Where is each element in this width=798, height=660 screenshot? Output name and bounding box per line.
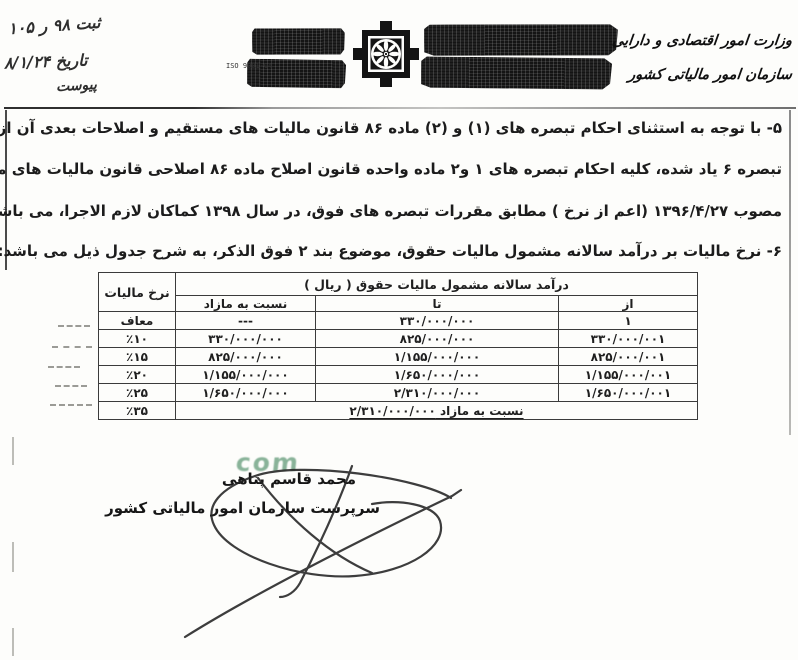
pen-dash-mark — [50, 404, 92, 406]
cell-from: ۳۳۰/۰۰۰/۰۰۱ — [559, 330, 698, 348]
paragraph-5-line-2: تبصره ۶ یاد شده، کلیه احکام تبصره های ۱ … — [18, 157, 782, 182]
letterhead-org-names: وزارت امور اقتصادی و دارایی سازمان امور … — [612, 24, 792, 92]
paragraph-5-line-3: مصوب ۱۳۹۶/۴/۲۷ (اعم از نرخ ) مطابق مقررا… — [18, 199, 782, 224]
handwritten-date: تاریخ ۸/۱/۲۴ — [4, 51, 88, 73]
cell-rate: ٪۲۵ — [99, 384, 176, 402]
cell-to: ۱/۶۵۰/۰۰۰/۰۰۰ — [316, 366, 559, 384]
cell-to: ۳۳۰/۰۰۰/۰۰۰ — [316, 312, 559, 330]
handwritten-attachment-note: پیوست — [56, 77, 98, 95]
signer-name: محمد قاسم پناهی — [214, 470, 364, 488]
cell-excess: ۳۳۰/۰۰۰/۰۰۰ — [176, 330, 316, 348]
table-row: ۳۳۰/۰۰۰/۰۰۱ ۸۲۵/۰۰۰/۰۰۰ ۳۳۰/۰۰۰/۰۰۰ ٪۱۰ — [99, 330, 698, 348]
cell-from: ۱/۱۵۵/۰۰۰/۰۰۱ — [559, 366, 698, 384]
organization-name: سازمان امور مالیاتی کشور — [610, 58, 794, 92]
col-header-from: از — [559, 296, 698, 312]
page-border-fragment — [12, 542, 14, 572]
handwritten-registry-number: ثبت ۹۸ ر ۱۰۵ — [7, 13, 101, 38]
redaction-bar-right-bottom — [421, 57, 612, 90]
table-row: ۱/۶۵۰/۰۰۰/۰۰۱ ۲/۳۱۰/۰۰۰/۰۰۰ ۱/۶۵۰/۰۰۰/۰۰… — [99, 384, 698, 402]
pen-dash-mark — [55, 385, 87, 387]
paragraph-6-text: ۶- نرخ مالیات بر درآمد سالانه مشمول مالی… — [0, 242, 782, 260]
redaction-bar-left-top — [252, 28, 345, 56]
table-row: ۸۲۵/۰۰۰/۰۰۱ ۱/۱۵۵/۰۰۰/۰۰۰ ۸۲۵/۰۰۰/۰۰۰ ٪۱… — [99, 348, 698, 366]
cell-excess: ۱/۱۵۵/۰۰۰/۰۰۰ — [176, 366, 316, 384]
cell-from: ۱ — [559, 312, 698, 330]
pen-dash-mark — [58, 325, 90, 327]
cell-excess: ۱/۶۵۰/۰۰۰/۰۰۰ — [176, 384, 316, 402]
cell-excess: ۸۲۵/۰۰۰/۰۰۰ — [176, 348, 316, 366]
cell-from: ۸۲۵/۰۰۰/۰۰۱ — [559, 348, 698, 366]
table-income-header: درآمد سالانه مشمول مالیات حقوق ( ریال ) — [176, 273, 698, 296]
paragraph-5-line-1: ۵- با توجه به استثنای احکام تبصره های (۱… — [18, 116, 782, 141]
cell-top-bracket-label: نسبت به مازاد ۲/۳۱۰/۰۰۰/۰۰۰ — [176, 402, 698, 420]
page-border-fragment — [12, 437, 14, 465]
scanned-tax-letter: ثبت ۹۸ ر ۱۰۵ تاریخ ۸/۱/۲۴ پیوست ISO 9001… — [0, 0, 798, 660]
cell-rate: ٪۱۰ — [99, 330, 176, 348]
table-row: ۱/۱۵۵/۰۰۰/۰۰۱ ۱/۶۵۰/۰۰۰/۰۰۰ ۱/۱۵۵/۰۰۰/۰۰… — [99, 366, 698, 384]
cell-excess: --- — [176, 312, 316, 330]
signer-title: سرپرست سازمان امور مالیاتی کشور — [130, 499, 380, 517]
tax-brackets-table: درآمد سالانه مشمول مالیات حقوق ( ریال ) … — [98, 272, 698, 420]
table-rate-header: نرخ مالیات — [99, 273, 176, 312]
ministry-name: وزارت امور اقتصادی و دارایی — [610, 24, 794, 58]
cell-rate: ٪۳۵ — [99, 402, 176, 420]
cell-to: ۸۲۵/۰۰۰/۰۰۰ — [316, 330, 559, 348]
cell-from: ۱/۶۵۰/۰۰۰/۰۰۱ — [559, 384, 698, 402]
pen-dash-mark — [48, 366, 80, 368]
cell-to: ۲/۳۱۰/۰۰۰/۰۰۰ — [316, 384, 559, 402]
cell-rate: ٪۲۰ — [99, 366, 176, 384]
redaction-bar-right-top — [424, 23, 618, 56]
col-header-to: تا — [316, 296, 559, 312]
page-border-fragment — [12, 628, 14, 656]
cell-to: ۱/۱۵۵/۰۰۰/۰۰۰ — [316, 348, 559, 366]
paragraph-6-line: ۶- نرخ مالیات بر درآمد سالانه مشمول مالی… — [18, 239, 782, 267]
iso-certification-label: ISO 9001-04 — [226, 62, 272, 70]
pen-dash-mark — [52, 346, 92, 348]
header-divider-line — [4, 107, 796, 109]
cell-rate: ٪۱۵ — [99, 348, 176, 366]
cell-rate: معاف — [99, 312, 176, 330]
col-header-excess: نسبت به مازاد — [176, 296, 316, 312]
tax-organization-emblem-icon — [351, 19, 421, 89]
table-row-last: نسبت به مازاد ۲/۳۱۰/۰۰۰/۰۰۰ ٪۳۵ — [99, 402, 698, 420]
page-border-right — [789, 110, 791, 435]
table-row: ۱ ۳۳۰/۰۰۰/۰۰۰ --- معاف — [99, 312, 698, 330]
